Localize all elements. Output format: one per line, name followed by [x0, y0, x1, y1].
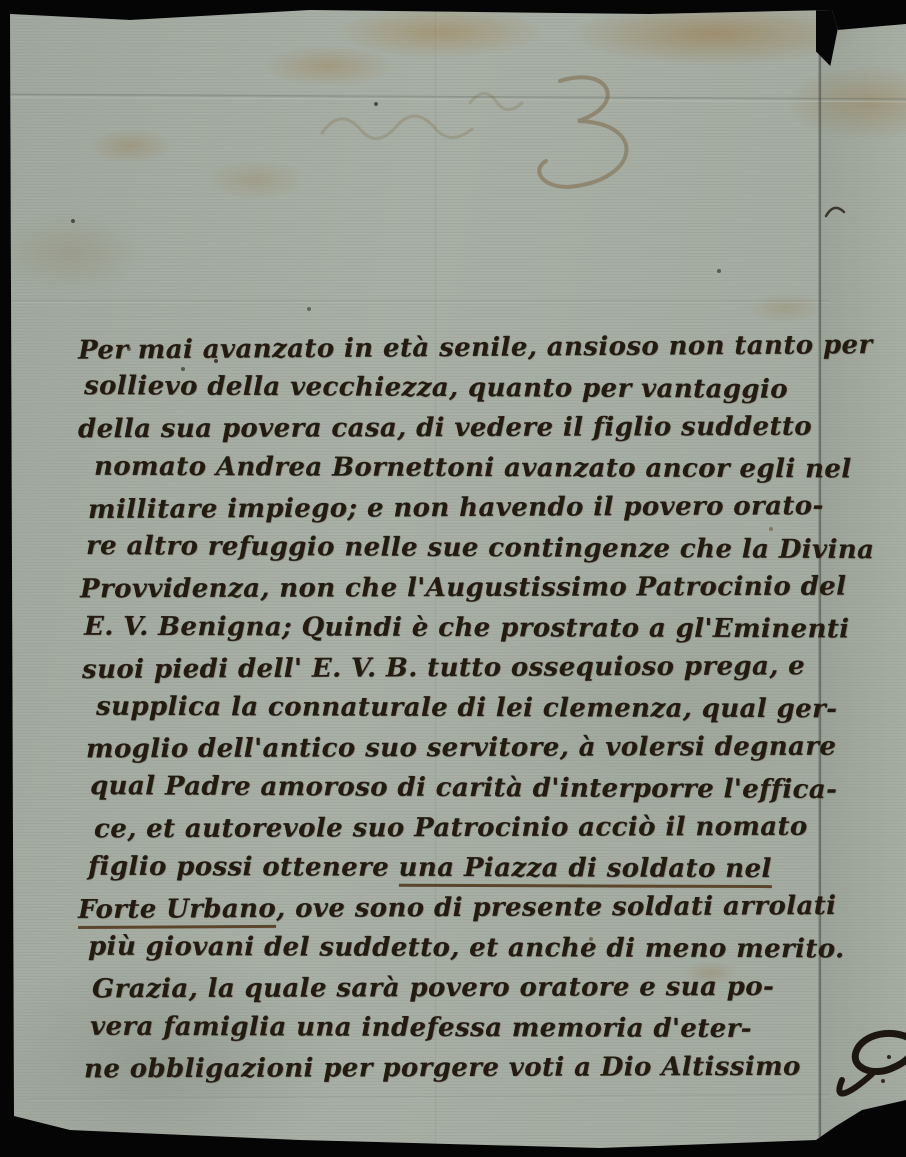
- horizontal-fold-crease-middle: [10, 300, 830, 303]
- fold-gap-shadow: [816, 8, 842, 66]
- manuscript-line-9: suoi piedi dell' E. V. B. tutto ossequio…: [82, 646, 830, 690]
- letter-page: Per mai avanzato in età senile, ansioso …: [10, 8, 906, 1154]
- manuscript-line-15: Forte Urbano, ove sono di presente solda…: [78, 886, 830, 930]
- manuscript-line-8: E. V. Benigna; Quindi è che prostrato a …: [84, 607, 830, 650]
- pen-flourish: [828, 1008, 906, 1108]
- ink-specks: [10, 8, 12, 10]
- manuscript-line-4: nomato Andrea Bornettoni avanzato ancor …: [94, 447, 830, 490]
- fold-pen-mark: [824, 202, 846, 224]
- manuscript-line-6: re altro refuggio nelle sue contingenze …: [86, 526, 830, 570]
- manuscript-line-18: vera famiglia una indefessa memoria d'et…: [90, 1007, 830, 1050]
- ink-bleedthrough-flourish: [310, 63, 740, 213]
- manuscript-line-14: figlio possi ottenere una Piazza di sold…: [88, 847, 830, 890]
- manuscript-line-12: qual Padre amoroso di carità d'interporr…: [90, 766, 830, 810]
- scan-background: { "document": { "kind": "handwritten man…: [0, 0, 906, 1157]
- manuscript-text-block: Per mai avanzato in età senile, ansioso …: [78, 328, 830, 1088]
- manuscript-line-19: ne obbligazioni per porgere voti a Dio A…: [84, 1047, 830, 1090]
- manuscript-line-1: Per mai avanzato in età senile, ansioso …: [78, 325, 830, 370]
- manuscript-line-3: della sua povera casa, di vedere il figl…: [78, 407, 830, 450]
- manuscript-line-7: Provvidenza, non che l'Augustissimo Patr…: [80, 567, 830, 610]
- manuscript-line-2: sollievo della vecchiezza, quanto per va…: [84, 366, 830, 410]
- horizontal-fold-crease-bottom: [30, 1094, 830, 1101]
- manuscript-line-16: più giovani del suddetto, et anche di me…: [88, 927, 830, 970]
- manuscript-line-10: supplica la connaturale di lei clemenza,…: [96, 687, 830, 730]
- manuscript-line-17: Grazia, la quale sarà povero oratore e s…: [92, 967, 830, 1010]
- manuscript-line-13: ce, et autorevole suo Patrocinio acciò i…: [94, 807, 830, 850]
- manuscript-line-11: moglio dell'antico suo servitore, à vole…: [86, 727, 830, 770]
- manuscript-line-5: millitare impiego; e non havendo il pove…: [88, 486, 830, 530]
